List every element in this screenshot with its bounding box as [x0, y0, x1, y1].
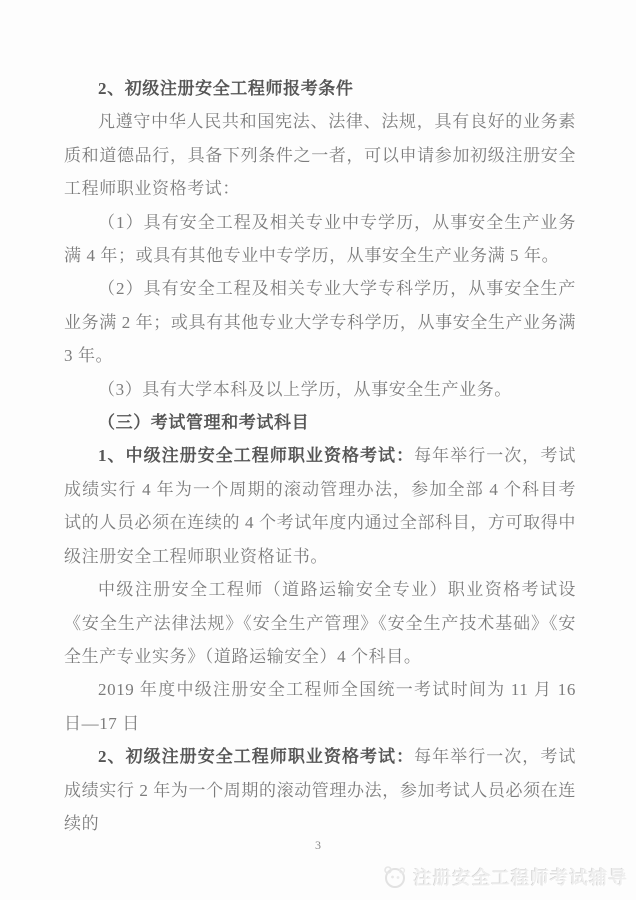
watermark-logo-icon: [382, 864, 408, 890]
condition-item-2: （2）具有安全工程及相关专业大学专科学历，从事安全生产业务满 2 年；或具有其他…: [64, 272, 576, 372]
watermark-label: 注册安全工程师考试辅导: [414, 864, 629, 890]
heading-exam-management: （三）考试管理和考试科目: [64, 406, 576, 439]
page-number: 3: [0, 838, 636, 853]
condition-item-1: （1）具有安全工程及相关专业中专学历，从事安全生产业务满 4 年；或具有其他专业…: [64, 206, 576, 273]
paragraph-mid-level-subjects: 中级注册安全工程师（道路运输安全专业）职业资格考试设《安全生产法律法规》《安全生…: [64, 573, 576, 673]
paragraph-intro: 凡遵守中华人民共和国宪法、法律、法规，具有良好的业务素质和道德品行，具备下列条件…: [64, 105, 576, 205]
paragraph-junior-level-exam: 2、初级注册安全工程师职业资格考试：每年举行一次，考试成绩实行 2 年为一个周期…: [64, 740, 576, 840]
paragraph-mid-level-exam: 1、中级注册安全工程师职业资格考试：每年举行一次，考试成绩实行 4 年为一个周期…: [64, 439, 576, 573]
paragraph-junior-level-exam-lead: 2、初级注册安全工程师职业资格考试：: [98, 747, 414, 766]
document-body: 2、初级注册安全工程师报考条件 凡遵守中华人民共和国宪法、法律、法规，具有良好的…: [64, 72, 576, 840]
condition-item-3: （3）具有大学本科及以上学历，从事安全生产业务。: [64, 373, 576, 406]
heading-junior-engineer-conditions: 2、初级注册安全工程师报考条件: [64, 72, 576, 105]
document-page: 2、初级注册安全工程师报考条件 凡遵守中华人民共和国宪法、法律、法规，具有良好的…: [0, 0, 636, 900]
paragraph-mid-level-exam-date: 2019 年度中级注册安全工程师全国统一考试时间为 11 月 16 日—17 日: [64, 673, 576, 740]
paragraph-mid-level-exam-lead: 1、中级注册安全工程师职业资格考试：: [98, 446, 414, 465]
watermark: 注册安全工程师考试辅导: [382, 864, 629, 890]
